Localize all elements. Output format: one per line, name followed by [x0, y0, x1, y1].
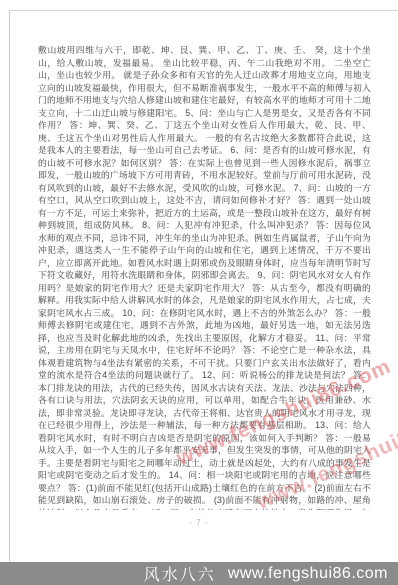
footer-bar: 风水八六 www.fengshui86.com — [0, 562, 398, 585]
scan-edge-horizontal — [9, 10, 398, 11]
scanned-page: 敷山坡用四维与六干，即乾、坤、艮、巽、甲、乙、丁、庚、壬、 癸，这十个坐山，给人… — [0, 0, 398, 585]
scan-edge-vertical — [9, 10, 10, 562]
document-body-text: 敷山坡用四维与六干，即乾、坤、艮、巽、甲、乙、丁、庚、壬、 癸，这十个坐山，给人… — [38, 44, 371, 510]
footer-brand-label: 风水八六 — [144, 562, 216, 585]
page-number: - 7 - — [0, 518, 398, 527]
footer-site-url: www.fengshui86.com — [228, 565, 388, 583]
